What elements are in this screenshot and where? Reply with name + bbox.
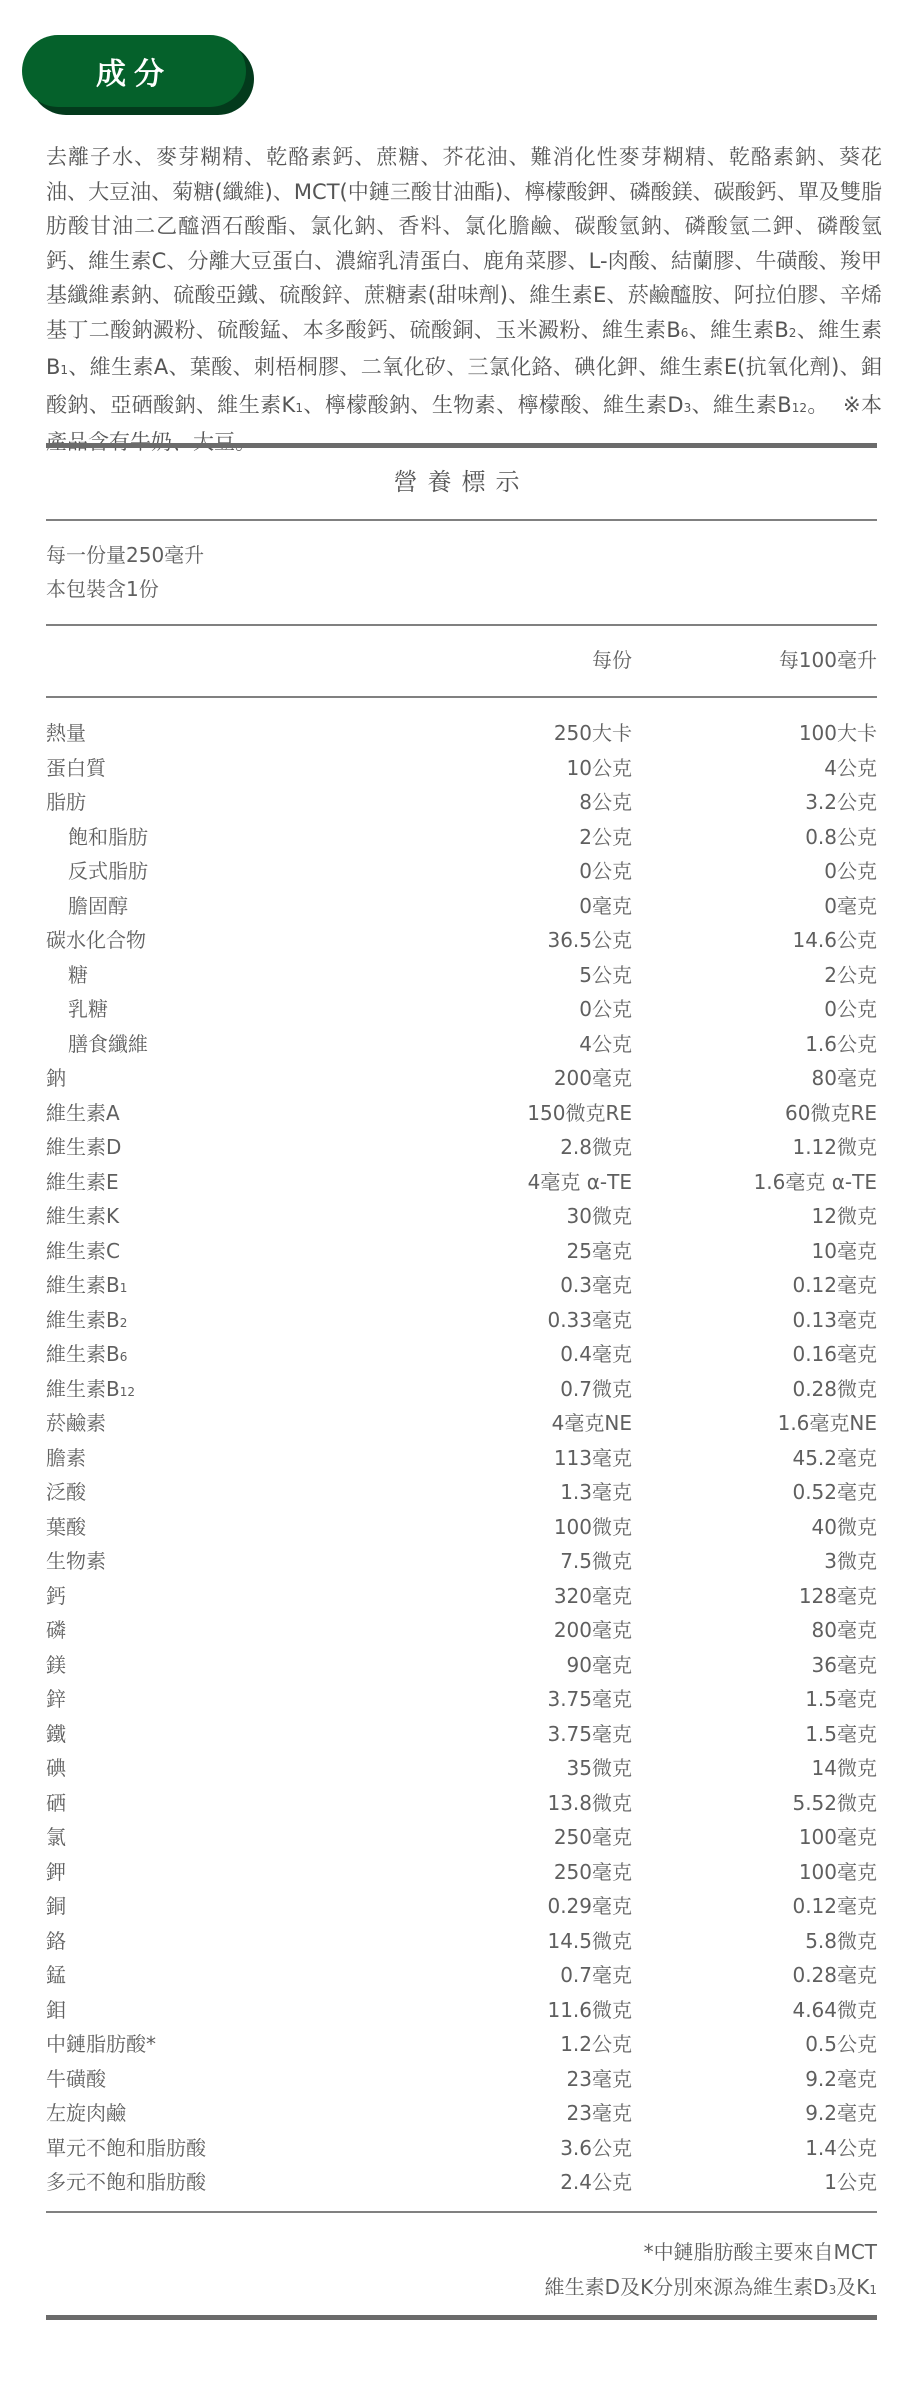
nutrition-rows: 熱量250大卡100大卡蛋白質10公克4公克脂肪8公克3.2公克飽和脂肪2公克0…: [46, 716, 877, 2200]
value-per-100ml: 5.52微克: [792, 1786, 877, 1821]
nutrient-name: 磷: [46, 1613, 66, 1648]
value-per-serving: 2.4公克: [560, 2165, 632, 2200]
value-per-100ml: 0.52毫克: [792, 1475, 877, 1510]
value-per-100ml: 1公克: [824, 2165, 877, 2200]
value-per-serving: 35微克: [567, 1751, 632, 1786]
nutrient-name: 牛磺酸: [46, 2062, 106, 2097]
value-per-100ml: 1.12微克: [792, 1130, 877, 1165]
serving-info: 每一份量250毫升 本包裝含1份: [46, 538, 204, 606]
value-per-100ml: 1.6公克: [805, 1027, 877, 1062]
value-per-100ml: 1.4公克: [805, 2131, 877, 2166]
value-per-100ml: 100毫克: [799, 1820, 877, 1855]
value-per-serving: 11.6微克: [547, 1993, 632, 2028]
value-per-serving: 3.75毫克: [547, 1682, 632, 1717]
header-divider: [46, 696, 877, 698]
table-row: 單元不飽和脂肪酸3.6公克1.4公克: [46, 2131, 877, 2166]
serving-divider: [46, 624, 877, 626]
nutrient-name: 生物素: [46, 1544, 106, 1579]
nutrient-name: 多元不飽和脂肪酸: [46, 2165, 206, 2200]
table-row: 磷200毫克80毫克: [46, 1613, 877, 1648]
value-per-serving: 0.7微克: [560, 1372, 632, 1407]
value-per-100ml: 80毫克: [812, 1061, 877, 1096]
value-per-serving: 8公克: [579, 785, 632, 820]
value-per-serving: 0.7毫克: [560, 1958, 632, 1993]
value-per-100ml: 40微克: [812, 1510, 877, 1545]
nutrient-name: 銅: [46, 1889, 66, 1924]
serving-size: 每一份量250毫升: [46, 538, 204, 572]
nutrient-name: 維生素K: [46, 1199, 119, 1234]
nutrient-name: 飽和脂肪: [68, 820, 148, 855]
nutrient-name: 鉻: [46, 1924, 66, 1959]
table-row: 乳糖0公克0公克: [46, 992, 877, 1027]
value-per-100ml: 0毫克: [824, 889, 877, 924]
value-per-serving: 30微克: [567, 1199, 632, 1234]
value-per-100ml: 14微克: [812, 1751, 877, 1786]
footnote-vitamins-text: 及K: [836, 2275, 869, 2299]
value-per-serving: 0.29毫克: [547, 1889, 632, 1924]
value-per-100ml: 100大卡: [799, 716, 877, 751]
value-per-serving: 0.33毫克: [547, 1303, 632, 1338]
value-per-100ml: 0.8公克: [805, 820, 877, 855]
table-row: 膽素113毫克45.2毫克: [46, 1441, 877, 1476]
table-row: 熱量250大卡100大卡: [46, 716, 877, 751]
value-per-100ml: 1.5毫克: [805, 1717, 877, 1752]
table-bottom-rule: [46, 2315, 877, 2320]
value-per-serving: 250大卡: [554, 716, 632, 751]
title-divider: [46, 519, 877, 521]
nutrient-name: 維生素B6: [46, 1337, 127, 1375]
value-per-serving: 90毫克: [567, 1648, 632, 1683]
value-per-100ml: 4.64微克: [792, 1993, 877, 2028]
nutrient-name: 膽固醇: [68, 889, 128, 924]
value-per-serving: 0毫克: [579, 889, 632, 924]
servings-per-package: 本包裝含1份: [46, 572, 204, 606]
table-row: 維生素B120.7微克0.28微克: [46, 1372, 877, 1407]
subscript: 2: [120, 1316, 128, 1330]
subscript: 6: [120, 1350, 128, 1364]
nutrient-name: 乳糖: [68, 992, 108, 1027]
table-row: 左旋肉鹼23毫克9.2毫克: [46, 2096, 877, 2131]
value-per-100ml: 1.6毫克 α-TE: [754, 1165, 877, 1200]
table-row: 鎂90毫克36毫克: [46, 1648, 877, 1683]
value-per-serving: 0公克: [579, 992, 632, 1027]
section-title: 成分: [96, 49, 172, 93]
nutrient-name: 維生素B2: [46, 1303, 127, 1341]
nutrient-name: 脂肪: [46, 785, 86, 820]
value-per-100ml: 3微克: [824, 1544, 877, 1579]
table-row: 維生素C25毫克10毫克: [46, 1234, 877, 1269]
nutrient-name: 硒: [46, 1786, 66, 1821]
nutrient-name: 左旋肉鹼: [46, 2096, 126, 2131]
table-row: 維生素B10.3毫克0.12毫克: [46, 1268, 877, 1303]
nutrient-name: 熱量: [46, 716, 86, 751]
ingredients-list: 去離子水、麥芽糊精、乾酪素鈣、蔗糖、芥花油、難消化性麥芽糊精、乾酪素鈉、葵花油、…: [46, 145, 882, 417]
value-per-serving: 200毫克: [554, 1613, 632, 1648]
value-per-serving: 7.5微克: [560, 1544, 632, 1579]
nutrition-title: 營養標示: [46, 462, 877, 497]
value-per-serving: 250毫克: [554, 1855, 632, 1890]
value-per-serving: 0.4毫克: [560, 1337, 632, 1372]
table-top-rule: [46, 443, 877, 448]
value-per-100ml: 0.13毫克: [792, 1303, 877, 1338]
ingredients-text: 去離子水、麥芽糊精、乾酪素鈣、蔗糖、芥花油、難消化性麥芽糊精、乾酪素鈉、葵花油、…: [46, 140, 882, 460]
value-per-100ml: 100毫克: [799, 1855, 877, 1890]
column-header-per-serving: 每份: [592, 644, 632, 673]
value-per-100ml: 80毫克: [812, 1613, 877, 1648]
table-row: 牛磺酸23毫克9.2毫克: [46, 2062, 877, 2097]
table-row: 維生素A150微克RE60微克RE: [46, 1096, 877, 1131]
value-per-100ml: 1.5毫克: [805, 1682, 877, 1717]
nutrient-name: 糖: [68, 958, 88, 993]
nutrient-name: 鎂: [46, 1648, 66, 1683]
table-row: 鉀250毫克100毫克: [46, 1855, 877, 1890]
nutrient-name: 葉酸: [46, 1510, 86, 1545]
value-per-100ml: 0.5公克: [805, 2027, 877, 2062]
table-row: 泛酸1.3毫克0.52毫克: [46, 1475, 877, 1510]
value-per-100ml: 2公克: [824, 958, 877, 993]
nutrient-name: 維生素E: [46, 1165, 119, 1200]
table-row: 中鏈脂肪酸*1.2公克0.5公克: [46, 2027, 877, 2062]
table-row: 膳食纖維4公克1.6公克: [46, 1027, 877, 1062]
value-per-100ml: 12微克: [812, 1199, 877, 1234]
value-per-100ml: 36毫克: [812, 1648, 877, 1683]
value-per-100ml: 14.6公克: [792, 923, 877, 958]
table-row: 生物素7.5微克3微克: [46, 1544, 877, 1579]
value-per-serving: 1.2公克: [560, 2027, 632, 2062]
value-per-100ml: 45.2毫克: [792, 1441, 877, 1476]
table-row: 鉻14.5微克5.8微克: [46, 1924, 877, 1959]
nutrient-name: 碘: [46, 1751, 66, 1786]
table-row: 維生素E4毫克 α-TE1.6毫克 α-TE: [46, 1165, 877, 1200]
value-per-serving: 4毫克NE: [552, 1406, 632, 1441]
value-per-100ml: 4公克: [824, 751, 877, 786]
nutrient-name: 單元不飽和脂肪酸: [46, 2131, 206, 2166]
value-per-serving: 113毫克: [554, 1441, 632, 1476]
table-row: 碘35微克14微克: [46, 1751, 877, 1786]
nutrient-name: 維生素C: [46, 1234, 120, 1269]
value-per-100ml: 9.2毫克: [805, 2096, 877, 2131]
value-per-100ml: 60微克RE: [785, 1096, 877, 1131]
table-row: 鉬11.6微克4.64微克: [46, 1993, 877, 2028]
table-row: 鐵3.75毫克1.5毫克: [46, 1717, 877, 1752]
value-per-serving: 1.3毫克: [560, 1475, 632, 1510]
value-per-serving: 320毫克: [554, 1579, 632, 1614]
nutrient-name: 膽素: [46, 1441, 86, 1476]
table-row: 銅0.29毫克0.12毫克: [46, 1889, 877, 1924]
value-per-serving: 10公克: [567, 751, 632, 786]
table-row: 葉酸100微克40微克: [46, 1510, 877, 1545]
table-row: 維生素K30微克12微克: [46, 1199, 877, 1234]
nutrient-name: 中鏈脂肪酸*: [46, 2027, 156, 2062]
value-per-100ml: 9.2毫克: [805, 2062, 877, 2097]
value-per-serving: 2公克: [579, 820, 632, 855]
value-per-serving: 3.75毫克: [547, 1717, 632, 1752]
value-per-100ml: 0.28微克: [792, 1372, 877, 1407]
table-row: 硒13.8微克5.52微克: [46, 1786, 877, 1821]
footnote-mct: *中鏈脂肪酸主要來自MCT: [644, 2236, 877, 2265]
nutrient-name: 泛酸: [46, 1475, 86, 1510]
rows-bottom-rule: [46, 2211, 877, 2213]
value-per-serving: 0.3毫克: [560, 1268, 632, 1303]
value-per-100ml: 1.6毫克NE: [778, 1406, 877, 1441]
nutrient-name: 鋅: [46, 1682, 66, 1717]
table-row: 鈉200毫克80毫克: [46, 1061, 877, 1096]
nutrient-name: 鉬: [46, 1993, 66, 2028]
table-row: 維生素D2.8微克1.12微克: [46, 1130, 877, 1165]
value-per-serving: 5公克: [579, 958, 632, 993]
nutrient-name: 鉀: [46, 1855, 66, 1890]
subscript: 12: [120, 1385, 135, 1399]
value-per-serving: 2.8微克: [560, 1130, 632, 1165]
value-per-100ml: 5.8微克: [805, 1924, 877, 1959]
nutrient-name: 維生素B12: [46, 1372, 135, 1410]
table-row: 膽固醇0毫克0毫克: [46, 889, 877, 924]
table-row: 鋅3.75毫克1.5毫克: [46, 1682, 877, 1717]
nutrient-name: 維生素A: [46, 1096, 120, 1131]
table-row: 鈣320毫克128毫克: [46, 1579, 877, 1614]
subscript: 1: [120, 1281, 128, 1295]
value-per-serving: 100微克: [554, 1510, 632, 1545]
nutrient-name: 膳食纖維: [68, 1027, 148, 1062]
table-row: 飽和脂肪2公克0.8公克: [46, 820, 877, 855]
table-row: 氯250毫克100毫克: [46, 1820, 877, 1855]
value-per-serving: 4毫克 α-TE: [528, 1165, 632, 1200]
value-per-100ml: 3.2公克: [805, 785, 877, 820]
value-per-serving: 250毫克: [554, 1820, 632, 1855]
value-per-serving: 13.8微克: [547, 1786, 632, 1821]
table-row: 菸鹼素4毫克NE1.6毫克NE: [46, 1406, 877, 1441]
nutrient-name: 鈣: [46, 1579, 66, 1614]
value-per-100ml: 0.28毫克: [792, 1958, 877, 1993]
table-row: 多元不飽和脂肪酸2.4公克1公克: [46, 2165, 877, 2200]
nutrient-name: 氯: [46, 1820, 66, 1855]
nutrient-name: 鈉: [46, 1061, 66, 1096]
value-per-100ml: 0.12毫克: [792, 1889, 877, 1924]
table-row: 維生素B60.4毫克0.16毫克: [46, 1337, 877, 1372]
nutrient-name: 錳: [46, 1958, 66, 1993]
section-title-pill: 成分: [22, 35, 254, 113]
value-per-serving: 23毫克: [567, 2062, 632, 2097]
value-per-100ml: 0公克: [824, 854, 877, 889]
value-per-100ml: 10毫克: [812, 1234, 877, 1269]
table-row: 錳0.7毫克0.28毫克: [46, 1958, 877, 1993]
value-per-serving: 3.6公克: [560, 2131, 632, 2166]
value-per-serving: 200毫克: [554, 1061, 632, 1096]
table-row: 反式脂肪0公克0公克: [46, 854, 877, 889]
nutrient-name: 蛋白質: [46, 751, 106, 786]
value-per-serving: 25毫克: [567, 1234, 632, 1269]
column-header-per-100ml: 每100毫升: [779, 644, 877, 673]
table-row: 維生素B20.33毫克0.13毫克: [46, 1303, 877, 1338]
nutrient-name: 碳水化合物: [46, 923, 146, 958]
value-per-serving: 0公克: [579, 854, 632, 889]
footnote-vitamins: 維生素D及K分別來源為維生素D3及K1: [545, 2271, 877, 2300]
value-per-serving: 150微克RE: [527, 1096, 632, 1131]
nutrient-name: 菸鹼素: [46, 1406, 106, 1441]
subscript: 1: [869, 2283, 877, 2297]
value-per-100ml: 0.16毫克: [792, 1337, 877, 1372]
value-per-100ml: 0公克: [824, 992, 877, 1027]
value-per-serving: 36.5公克: [547, 923, 632, 958]
value-per-100ml: 128毫克: [799, 1579, 877, 1614]
nutrient-name: 鐵: [46, 1717, 66, 1752]
value-per-serving: 23毫克: [567, 2096, 632, 2131]
nutrient-name: 維生素B1: [46, 1268, 127, 1306]
pill-face: 成分: [22, 35, 246, 107]
value-per-serving: 4公克: [579, 1027, 632, 1062]
table-row: 糖5公克2公克: [46, 958, 877, 993]
nutrient-name: 維生素D: [46, 1130, 121, 1165]
table-row: 蛋白質10公克4公克: [46, 751, 877, 786]
value-per-100ml: 0.12毫克: [792, 1268, 877, 1303]
value-per-serving: 14.5微克: [547, 1924, 632, 1959]
table-row: 脂肪8公克3.2公克: [46, 785, 877, 820]
table-row: 碳水化合物36.5公克14.6公克: [46, 923, 877, 958]
nutrient-name: 反式脂肪: [68, 854, 148, 889]
footnote-vitamins-text: 維生素D及K分別來源為維生素D: [545, 2275, 829, 2299]
